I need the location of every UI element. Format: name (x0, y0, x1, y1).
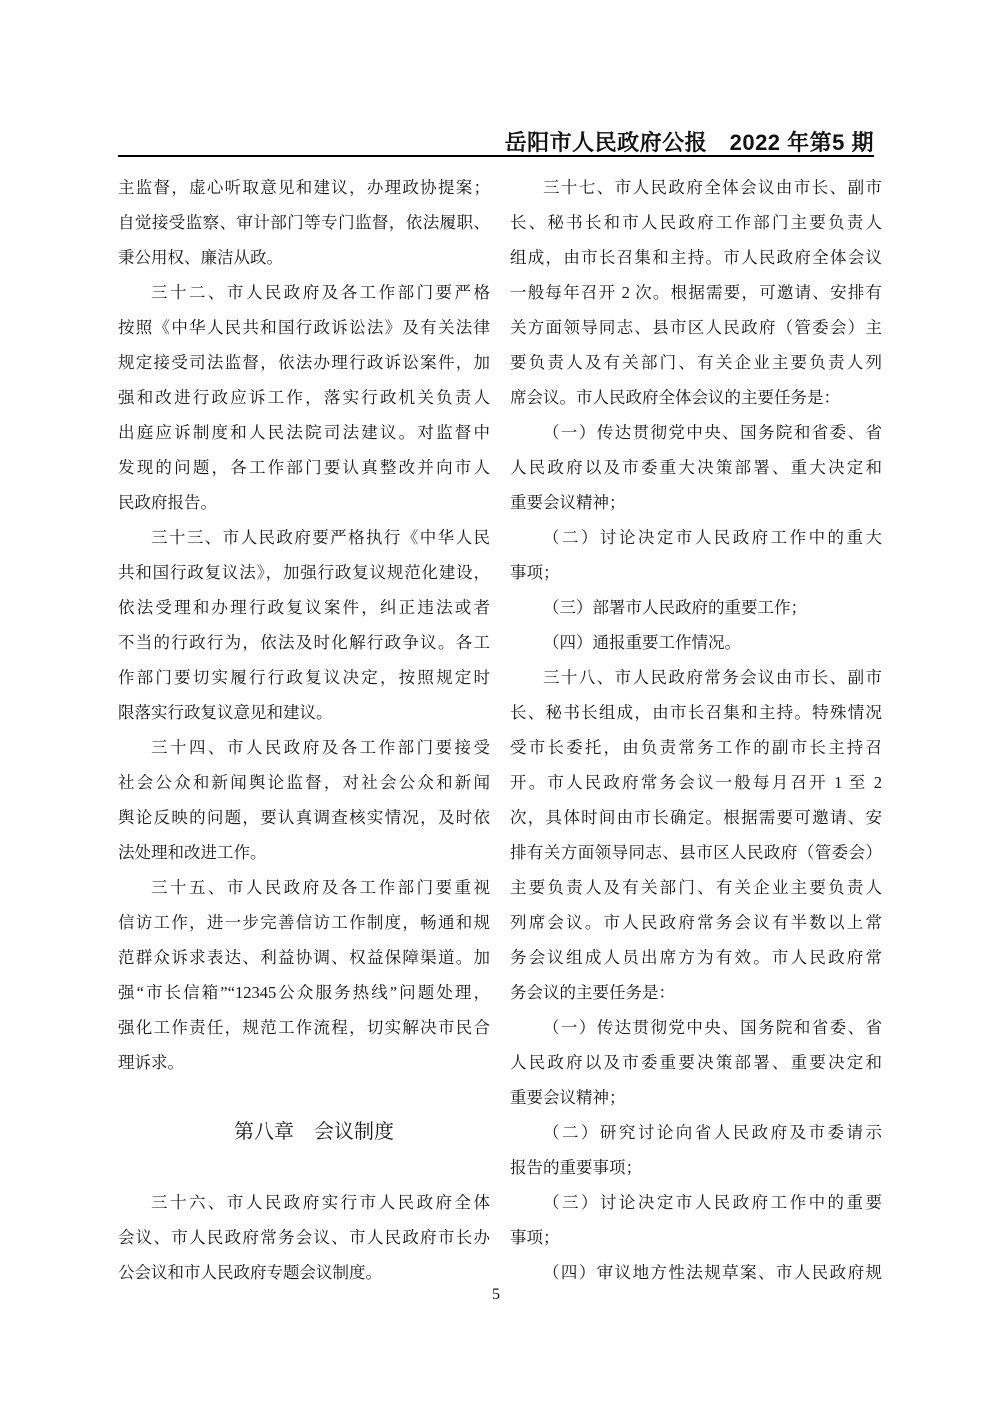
text-line: 不当的行政行为，依法及时化解行政争议。各工 (118, 625, 490, 660)
text-line: 开。市人民政府常务会议一般每月召开 1 至 2 (510, 765, 882, 800)
text-line: 理诉求。 (118, 1045, 490, 1080)
text-line: 三十五、市人民政府及各工作部门要重视 (118, 870, 490, 905)
right-text-column: 三十七、市人民政府全体会议由市长、副市长、秘书长和市人民政府工作部门主要负责人组… (510, 170, 882, 1290)
chapter-heading: 第八章 会议制度 (118, 1115, 490, 1150)
text-line: 受市长委托，由负责常务工作的副市长主持召 (510, 730, 882, 765)
text-line: 限落实行政复议意见和建议。 (118, 695, 490, 730)
text-line: 自觉接受监察、审计部门等专门监督，依法履职、 (118, 205, 490, 240)
text-line: 三十七、市人民政府全体会议由市长、副市 (510, 170, 882, 205)
text-line: （四）通报重要工作情况。 (510, 625, 882, 660)
text-line: 三十八、市人民政府常务会议由市长、副市 (510, 660, 882, 695)
text-line: 事项； (510, 555, 882, 590)
text-line: 重要会议精神； (510, 485, 882, 520)
left-text-column: 主监督，虚心听取意见和建议，办理政协提案；自觉接受监察、审计部门等专门监督，依法… (118, 170, 490, 1290)
text-line: 人民政府以及市委重要决策部署、重要决定和 (510, 1045, 882, 1080)
text-line: 组成，由市长召集和主持。市人民政府全体会议 (510, 240, 882, 275)
text-line: 会议、市人民政府常务会议、市人民政府市长办 (118, 1220, 490, 1255)
text-line: 长、秘书长和市人民政府工作部门主要负责人 (510, 205, 882, 240)
text-line: （一）传达贯彻党中央、国务院和省委、省 (510, 415, 882, 450)
text-line: 舆论反映的问题，要认真调查核实情况，及时依 (118, 800, 490, 835)
text-line: 范群众诉求表达、利益协调、权益保障渠道。加 (118, 940, 490, 975)
text-line: （二）研究讨论向省人民政府及市委请示 (510, 1115, 882, 1150)
text-line: 人民政府以及市委重大决策部署、重大决定和 (510, 450, 882, 485)
text-line: （四）审议地方性法规草案、市人民政府规 (510, 1255, 882, 1290)
text-line: 依法受理和办理行政复议案件，纠正违法或者 (118, 590, 490, 625)
text-line: 强化工作责任，规范工作流程，切实解决市民合 (118, 1010, 490, 1045)
text-line: 重要会议精神； (510, 1080, 882, 1115)
text-line: （二）讨论决定市人民政府工作中的重大 (510, 520, 882, 555)
text-line: 主监督，虚心听取意见和建议，办理政协提案； (118, 170, 490, 205)
text-line: 务会议的主要任务是： (510, 975, 882, 1010)
text-line: 三十三、市人民政府要严格执行《中华人民 (118, 520, 490, 555)
text-line: 次，具体时间由市长确定。根据需要可邀请、安 (510, 800, 882, 835)
blank-line (118, 1150, 490, 1185)
text-line: 法处理和改进工作。 (118, 835, 490, 870)
text-line: 三十二、市人民政府及各工作部门要严格 (118, 275, 490, 310)
text-line: 排有关方面领导同志、县市区人民政府（管委会） (510, 835, 882, 870)
text-line: 共和国行政复议法》，加强行政复议规范化建设， (118, 555, 490, 590)
text-line: 信访工作，进一步完善信访工作制度，畅通和规 (118, 905, 490, 940)
header-rule (118, 155, 874, 157)
text-line: 民政府报告。 (118, 485, 490, 520)
text-line: 席会议。市人民政府全体会议的主要任务是： (510, 380, 882, 415)
text-line: 要负责人及有关部门、有关企业主要负责人列 (510, 345, 882, 380)
text-line: 公会议和市人民政府专题会议制度。 (118, 1255, 490, 1290)
text-line: 三十六、市人民政府实行市人民政府全体 (118, 1185, 490, 1220)
text-line: （一）传达贯彻党中央、国务院和省委、省 (510, 1010, 882, 1045)
text-line: 作部门要切实履行行政复议决定，按照规定时 (118, 660, 490, 695)
text-line: 务会议组成人员出席方为有效。市人民政府常 (510, 940, 882, 975)
gazette-page: 岳阳市人民政府公报 2022 年第5 期 主监督，虚心听取意见和建议，办理政协提… (0, 0, 992, 1403)
text-line: 秉公用权、廉洁从政。 (118, 240, 490, 275)
text-line: 关方面领导同志、县市区人民政府（管委会）主 (510, 310, 882, 345)
text-line: 主要负责人及有关部门、有关企业主要负责人 (510, 870, 882, 905)
text-line: 三十四、市人民政府及各工作部门要接受 (118, 730, 490, 765)
text-line: （三）讨论决定市人民政府工作中的重要 (510, 1185, 882, 1220)
text-line: （三）部署市人民政府的重要工作； (510, 590, 882, 625)
text-line: 一般每年召开 2 次。根据需要，可邀请、安排有 (510, 275, 882, 310)
page-header-title: 岳阳市人民政府公报 2022 年第5 期 (505, 126, 874, 157)
text-line: 规定接受司法监督，依法办理行政诉讼案件，加 (118, 345, 490, 380)
text-line: 报告的重要事项； (510, 1150, 882, 1185)
text-line: 按照《中华人民共和国行政诉讼法》及有关法律 (118, 310, 490, 345)
page-number: 5 (118, 1286, 874, 1304)
text-line: 发现的问题，各工作部门要认真整改并向市人 (118, 450, 490, 485)
text-line: 长、秘书长组成，由市长召集和主持。特殊情况 (510, 695, 882, 730)
text-line: 出庭应诉制度和人民法院司法建议。对监督中 (118, 415, 490, 450)
text-line: 列席会议。市人民政府常务会议有半数以上常 (510, 905, 882, 940)
blank-line (118, 1080, 490, 1115)
text-line: 强和改进行政应诉工作，落实行政机关负责人 (118, 380, 490, 415)
text-line: 社会公众和新闻舆论监督，对社会公众和新闻 (118, 765, 490, 800)
text-line: 事项； (510, 1220, 882, 1255)
text-line: 强“市长信箱”“12345公众服务热线”问题处理， (118, 975, 490, 1010)
